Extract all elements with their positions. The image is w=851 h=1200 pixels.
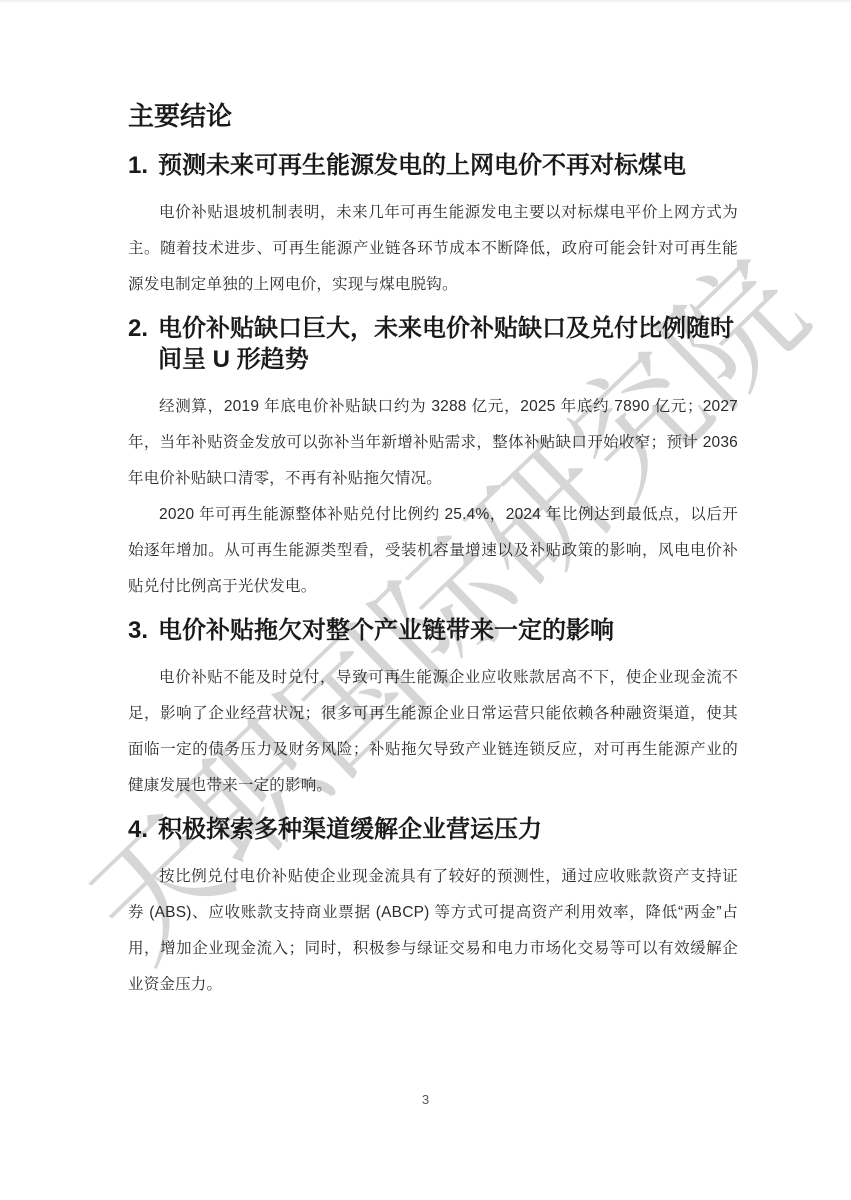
section-heading-text: 积极探索多种渠道缓解企业营运压力: [158, 816, 542, 843]
section-number: 1.: [128, 150, 158, 181]
section-heading-text: 电价补贴缺口巨大，未来电价补贴缺口及兑付比例随时间呈 U 形趋势: [158, 315, 734, 373]
paragraph: 按比例兑付电价补贴使企业现金流具有了较好的预测性，通过应收账款资产支持证券 (A…: [128, 859, 738, 1003]
section-body-1: 电价补贴退坡机制表明，未来几年可再生能源发电主要以对标煤电平价上网方式为主。随着…: [128, 195, 738, 303]
section-heading-text: 预测未来可再生能源发电的上网电价不再对标煤电: [158, 152, 686, 179]
section-heading-2: 2.电价补贴缺口巨大，未来电价补贴缺口及兑付比例随时间呈 U 形趋势: [128, 313, 738, 375]
paragraph: 电价补贴退坡机制表明，未来几年可再生能源发电主要以对标煤电平价上网方式为主。随着…: [128, 195, 738, 303]
section-number: 3.: [128, 615, 158, 646]
page-content: 主要结论 1.预测未来可再生能源发电的上网电价不再对标煤电 电价补贴退坡机制表明…: [0, 2, 851, 1003]
page-title: 主要结论: [128, 102, 738, 132]
section-number: 2.: [128, 313, 158, 344]
paragraph: 电价补贴不能及时兑付，导致可再生能源企业应收账款居高不下，使企业现金流不足，影响…: [128, 660, 738, 804]
section-heading-text: 电价补贴拖欠对整个产业链带来一定的影响: [158, 617, 614, 644]
paragraph: 2020 年可再生能源整体补贴兑付比例约 25.4%，2024 年比例达到最低点…: [128, 497, 738, 605]
section-body-4: 按比例兑付电价补贴使企业现金流具有了较好的预测性，通过应收账款资产支持证券 (A…: [128, 859, 738, 1003]
document-page: 天职国际研究院 主要结论 1.预测未来可再生能源发电的上网电价不再对标煤电 电价…: [0, 2, 851, 1200]
section-heading-3: 3.电价补贴拖欠对整个产业链带来一定的影响: [128, 615, 738, 646]
section-body-3: 电价补贴不能及时兑付，导致可再生能源企业应收账款居高不下，使企业现金流不足，影响…: [128, 660, 738, 804]
page-footer: 3: [0, 1092, 851, 1107]
section-heading-4: 4.积极探索多种渠道缓解企业营运压力: [128, 814, 738, 845]
section-body-2: 经测算，2019 年底电价补贴缺口约为 3288 亿元，2025 年底约 789…: [128, 389, 738, 605]
section-number: 4.: [128, 814, 158, 845]
page-number: 3: [422, 1092, 429, 1107]
paragraph: 经测算，2019 年底电价补贴缺口约为 3288 亿元，2025 年底约 789…: [128, 389, 738, 497]
section-heading-1: 1.预测未来可再生能源发电的上网电价不再对标煤电: [128, 150, 738, 181]
